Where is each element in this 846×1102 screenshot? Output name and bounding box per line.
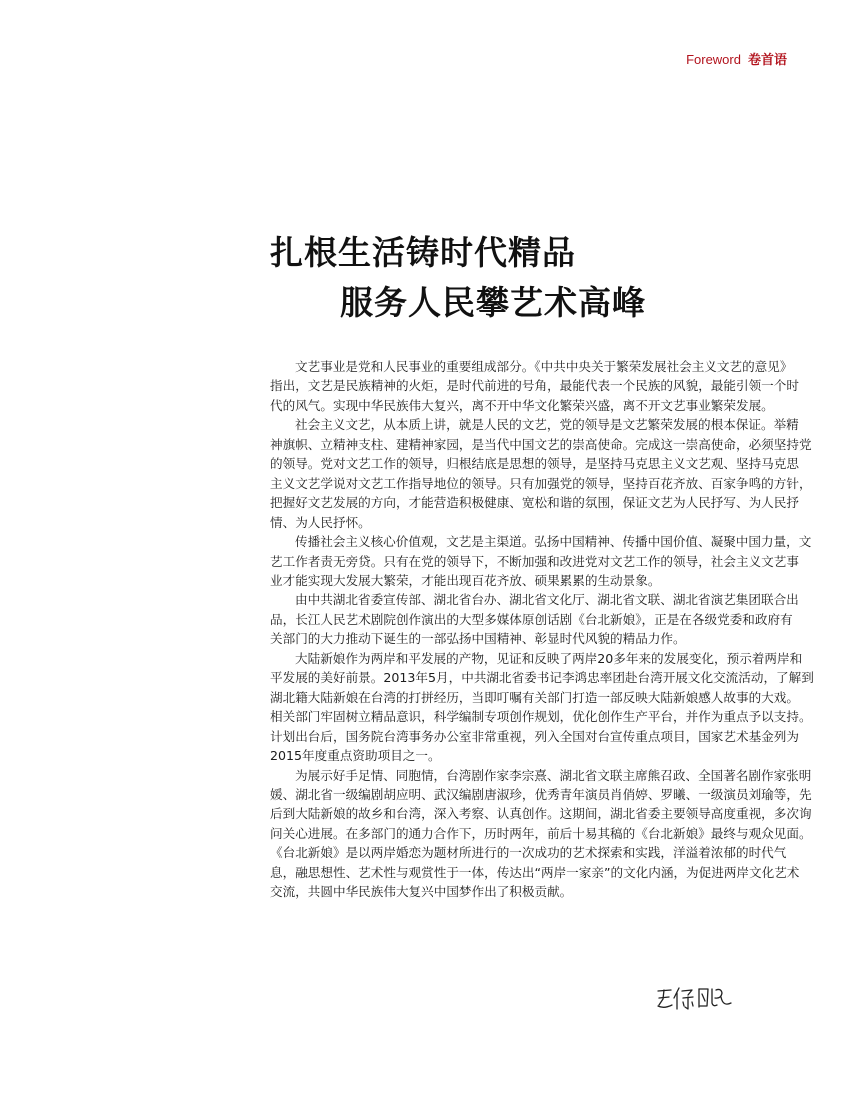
text-line: 业才能实现大发展大繁荣，才能出现百花齐放、硕果累累的生动景象。 — [270, 571, 800, 590]
text-line: 代的风气。实现中华民族伟大复兴，离不开中华文化繁荣兴盛，离不开文艺事业繁荣发展。 — [270, 396, 800, 415]
paragraph-2: 社会主义文艺，从本质上讲，就是人民的文艺，党的领导是文艺繁荣发展的根本保证。举精… — [270, 415, 800, 532]
text-line: 问关心进展。在多部门的通力合作下，历时两年，前后十易其稿的《台北新娘》最终与观众… — [270, 824, 800, 843]
text-line: 交流，共圆中华民族伟大复兴中国梦作出了积极贡献。 — [270, 882, 800, 901]
text-line: 的领导。党对文艺工作的领导，归根结底是思想的领导，是坚持马克思主义文艺观、坚持马… — [270, 454, 800, 473]
text-line: 传播社会主义核心价值观，文艺是主渠道。弘扬中国精神、传播中国价值、凝聚中国力量，… — [270, 532, 800, 551]
text-line: 关部门的大力推动下诞生的一部弘扬中国精神、彰显时代风貌的精品力作。 — [270, 629, 800, 648]
text-line: 为展示好手足情、同胞情，台湾剧作家李宗熹、湖北省文联主席熊召政、全国著名剧作家张… — [270, 766, 800, 785]
paragraph-6: 为展示好手足情、同胞情，台湾剧作家李宗熹、湖北省文联主席熊召政、全国著名剧作家张… — [270, 766, 800, 902]
running-head: Foreword卷首语 — [686, 49, 787, 68]
text-line: 相关部门牢固树立精品意识，科学编制专项创作规划，优化创作生产平台，并作为重点予以… — [270, 707, 800, 726]
text-line: 大陆新娘作为两岸和平发展的产物，见证和反映了两岸20多年来的发展变化，预示着两岸… — [270, 649, 800, 668]
signature-image — [655, 985, 735, 1013]
title-line-2: 服务人民攀艺术高峰 — [270, 278, 646, 328]
running-head-chinese: 卷首语 — [748, 53, 787, 68]
article-body: 文艺事业是党和人民事业的重要组成部分。《中共中央关于繁荣发展社会主义文艺的意见》… — [270, 357, 800, 902]
text-line: 把握好文艺发展的方向，才能营造积极健康、宽松和谐的氛围，保证文艺为人民抒写、为人… — [270, 493, 800, 512]
text-line: 息，融思想性、艺术性与观赏性于一体，传达出“两岸一家亲”的文化内涵，为促进两岸文… — [270, 863, 800, 882]
running-head-english: Foreword — [686, 52, 741, 67]
text-line: 主义文艺学说对文艺工作指导地位的领导。只有加强党的领导，坚持百花齐放、百家争鸣的… — [270, 474, 800, 493]
text-line: 《台北新娘》是以两岸婚恋为题材所进行的一次成功的艺术探索和实践，洋溢着浓郁的时代… — [270, 843, 800, 862]
text-line: 由中共湖北省委宣传部、湖北省台办、湖北省文化厅、湖北省文联、湖北省演艺集团联合出 — [270, 590, 800, 609]
text-line: 湖北籍大陆新娘在台湾的打拼经历，当即叮嘱有关部门打造一部反映大陆新娘感人故事的大… — [270, 688, 800, 707]
paragraph-4: 由中共湖北省委宣传部、湖北省台办、湖北省文化厅、湖北省文联、湖北省演艺集团联合出… — [270, 590, 800, 648]
text-line: 文艺事业是党和人民事业的重要组成部分。《中共中央关于繁荣发展社会主义文艺的意见》 — [270, 357, 800, 376]
text-line: 后到大陆新娘的故乡和台湾，深入考察、认真创作。这期间，湖北省委主要领导高度重视，… — [270, 804, 800, 823]
text-line: 计划出台后，国务院台湾事务办公室非常重视，列入全国对台宣传重点项目，国家艺术基金… — [270, 727, 800, 746]
text-line: 神旗帜、立精神支柱、建精神家园，是当代中国文艺的崇高使命。完成这一崇高使命，必须… — [270, 435, 800, 454]
paragraph-1: 文艺事业是党和人民事业的重要组成部分。《中共中央关于繁荣发展社会主义文艺的意见》… — [270, 357, 800, 415]
text-line: 2015年度重点资助项目之一。 — [270, 746, 800, 765]
text-line: 品，长江人民艺术剧院创作演出的大型多媒体原创话剧《台北新娘》，正是在各级党委和政… — [270, 610, 800, 629]
paragraph-5: 大陆新娘作为两岸和平发展的产物，见证和反映了两岸20多年来的发展变化，预示着两岸… — [270, 649, 800, 766]
text-line: 指出，文艺是民族精神的火炬，是时代前进的号角，最能代表一个民族的风貌，最能引领一… — [270, 376, 800, 395]
title-line-1: 扎根生活铸时代精品 — [270, 228, 646, 278]
text-line: 平发展的美好前景。2013年5月，中共湖北省委书记李鸿忠率团赴台湾开展文化交流活… — [270, 668, 800, 687]
paragraph-3: 传播社会主义核心价值观，文艺是主渠道。弘扬中国精神、传播中国价值、凝聚中国力量，… — [270, 532, 800, 590]
text-line: 媛、湖北省一级编剧胡应明、武汉编剧唐淑珍，优秀青年演员肖俏婷、罗曦、一级演员刘瑜… — [270, 785, 800, 804]
text-line: 情、为人民抒怀。 — [270, 513, 800, 532]
text-line: 艺工作者责无旁贷。只有在党的领导下，不断加强和改进党对文艺工作的领导，社会主义文… — [270, 552, 800, 571]
page-title: 扎根生活铸时代精品 服务人民攀艺术高峰 — [270, 228, 646, 328]
text-line: 社会主义文艺，从本质上讲，就是人民的文艺，党的领导是文艺繁荣发展的根本保证。举精 — [270, 415, 800, 434]
